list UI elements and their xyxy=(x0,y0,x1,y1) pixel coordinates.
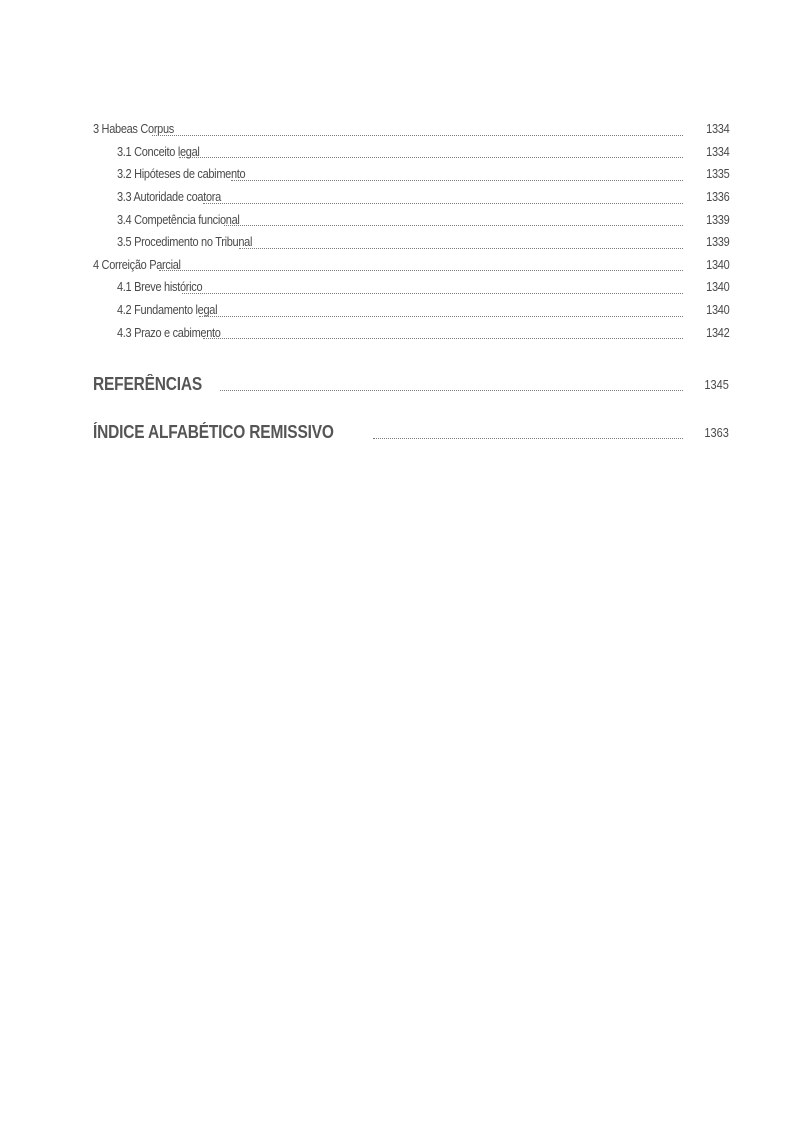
toc-entry-page: 1340 xyxy=(706,280,729,294)
toc-entry-page: 1334 xyxy=(706,122,729,136)
dot-leader xyxy=(203,193,683,204)
toc-entry-correicao-parcial[interactable]: 4 Correição Parcial 1340 xyxy=(93,254,733,277)
dot-leader xyxy=(182,283,683,294)
toc-major-page: 1345 xyxy=(705,378,729,392)
table-of-contents: 3 Habeas Corpus 1334 3.1 Conceito legal … xyxy=(93,118,733,344)
dot-leader xyxy=(159,260,683,271)
dot-leader xyxy=(199,306,683,317)
toc-entry-page: 1336 xyxy=(706,190,729,204)
dot-leader xyxy=(373,428,683,439)
toc-entry-referencias[interactable]: REFERÊNCIAS 1345 xyxy=(93,369,733,399)
toc-entry-page: 1335 xyxy=(706,167,729,181)
toc-entry-autoridade-coatora[interactable]: 3.3 Autoridade coatora 1336 xyxy=(93,186,733,209)
toc-entry-title: 3.2 Hipóteses de cabimento xyxy=(117,167,245,181)
toc-entry-fundamento-legal[interactable]: 4.2 Fundamento legal 1340 xyxy=(93,299,733,322)
toc-major-title: ÍNDICE ALFABÉTICO REMISSIVO xyxy=(93,422,334,443)
toc-entry-page: 1342 xyxy=(706,326,729,340)
toc-entry-conceito-legal[interactable]: 3.1 Conceito legal 1334 xyxy=(93,141,733,164)
toc-entry-page: 1339 xyxy=(706,213,729,227)
toc-entry-indice-alfabetico-remissivo[interactable]: ÍNDICE ALFABÉTICO REMISSIVO 1363 xyxy=(93,417,733,447)
toc-entry-habeas-corpus[interactable]: 3 Habeas Corpus 1334 xyxy=(93,118,733,141)
toc-entry-title: 3.5 Procedimento no Tribunal xyxy=(117,235,252,249)
dot-leader xyxy=(220,380,683,391)
dot-leader xyxy=(203,328,683,339)
toc-entry-page: 1340 xyxy=(706,258,729,272)
toc-major-title: REFERÊNCIAS xyxy=(93,374,202,395)
toc-major-page: 1363 xyxy=(705,426,729,440)
toc-entry-breve-historico[interactable]: 4.1 Breve histórico 1340 xyxy=(93,276,733,299)
toc-entry-page: 1334 xyxy=(706,145,729,159)
dot-leader xyxy=(231,170,683,181)
toc-entry-competencia-funcional[interactable]: 3.4 Competência funcional 1339 xyxy=(93,208,733,231)
toc-entry-prazo-e-cabimento[interactable]: 4.3 Prazo e cabimento 1342 xyxy=(93,321,733,344)
dot-leader xyxy=(239,238,683,249)
dot-leader xyxy=(152,125,683,136)
dot-leader xyxy=(224,215,683,226)
dot-leader xyxy=(179,147,683,158)
toc-entry-page: 1339 xyxy=(706,235,729,249)
toc-entry-page: 1340 xyxy=(706,303,729,317)
toc-entry-procedimento-no-tribunal[interactable]: 3.5 Procedimento no Tribunal 1339 xyxy=(93,231,733,254)
toc-entry-title: 3.4 Competência funcional xyxy=(117,213,240,227)
toc-entry-hipoteses-de-cabimento[interactable]: 3.2 Hipóteses de cabimento 1335 xyxy=(93,163,733,186)
